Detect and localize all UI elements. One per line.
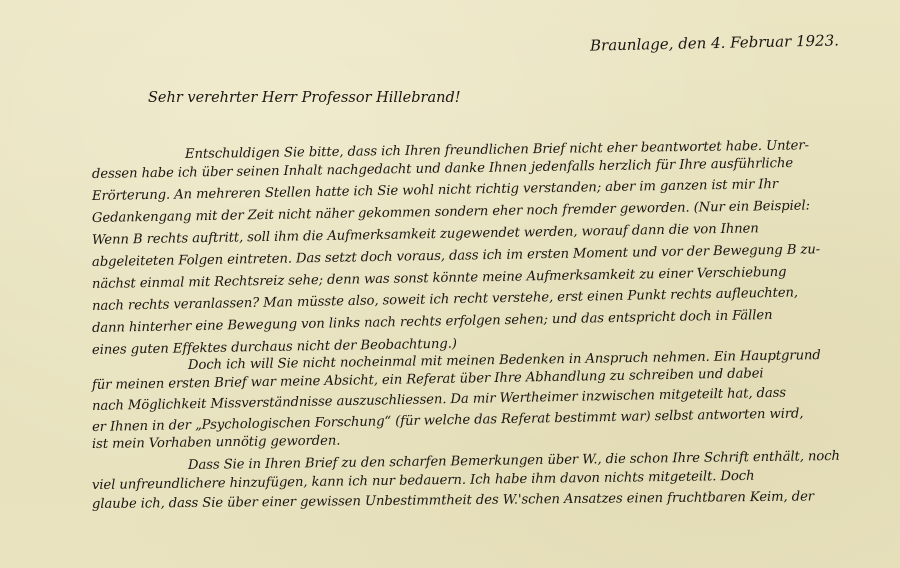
letter-page: Braunlage, den 4. Februar 1923. Sehr ver… [0,0,900,568]
letter-line: Wenn B rechts auftritt, soll ihm die Auf… [92,221,759,248]
place-date: Braunlage, den 4. Februar 1923. [590,31,839,54]
salutation: Sehr verehrter Herr Professor Hillebrand… [148,90,461,106]
letter-line: glaube ich, dass Sie über einer gewissen… [92,489,814,512]
letter-line: dann hinterher eine Bewegung von links n… [92,308,773,336]
letter-line: ist mein Vorhaben unnötig geworden. [92,434,340,452]
